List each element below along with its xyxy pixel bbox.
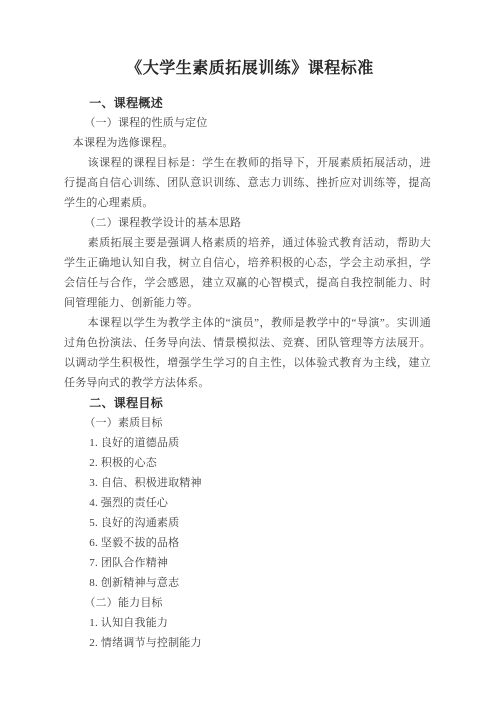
list-item: 8. 创新精神与意志: [64, 573, 431, 593]
section-heading: 一、课程概述: [64, 93, 431, 113]
list-item: 2. 情绪调节与控制能力: [64, 633, 431, 653]
document-body: 一、课程概述（一）课程的性质与定位本课程为选修课程。该课程的课程目标是：学生在教…: [64, 93, 431, 653]
paragraph: 本课程以学生为教学主体的“演员”，教师是教学中的“导演”。实训通过角色扮演法、任…: [64, 313, 431, 393]
paragraph: 该课程的课程目标是：学生在教师的指导下，开展素质拓展活动，进行提高自信心训练、团…: [64, 153, 431, 213]
list-item: 1. 认知自我能力: [64, 613, 431, 633]
paragraph: 本课程为选修课程。: [64, 133, 431, 153]
paragraph: 素质拓展主要是强调人格素质的培养，通过体验式教育活动，帮助大学生正确地认知自我，…: [64, 233, 431, 313]
list-item: 7. 团队合作精神: [64, 553, 431, 573]
subsection-heading: （一）素质目标: [64, 413, 431, 433]
subsection-heading: （二）课程教学设计的基本思路: [64, 213, 431, 233]
list-item: 6. 坚毅不拔的品格: [64, 533, 431, 553]
document-page: 《大学生素质拓展训练》课程标准 一、课程概述（一）课程的性质与定位本课程为选修课…: [0, 0, 500, 707]
document-title: 《大学生素质拓展训练》课程标准: [40, 0, 460, 81]
section-heading: 二、课程目标: [64, 393, 431, 413]
list-item: 3. 自信、积极进取精神: [64, 473, 431, 493]
list-item: 4. 强烈的责任心: [64, 493, 431, 513]
subsection-heading: （一）课程的性质与定位: [64, 113, 431, 133]
list-item: 1. 良好的道德品质: [64, 433, 431, 453]
list-item: 5. 良好的沟通素质: [64, 513, 431, 533]
subsection-heading: （二）能力目标: [64, 593, 431, 613]
list-item: 2. 积极的心态: [64, 453, 431, 473]
